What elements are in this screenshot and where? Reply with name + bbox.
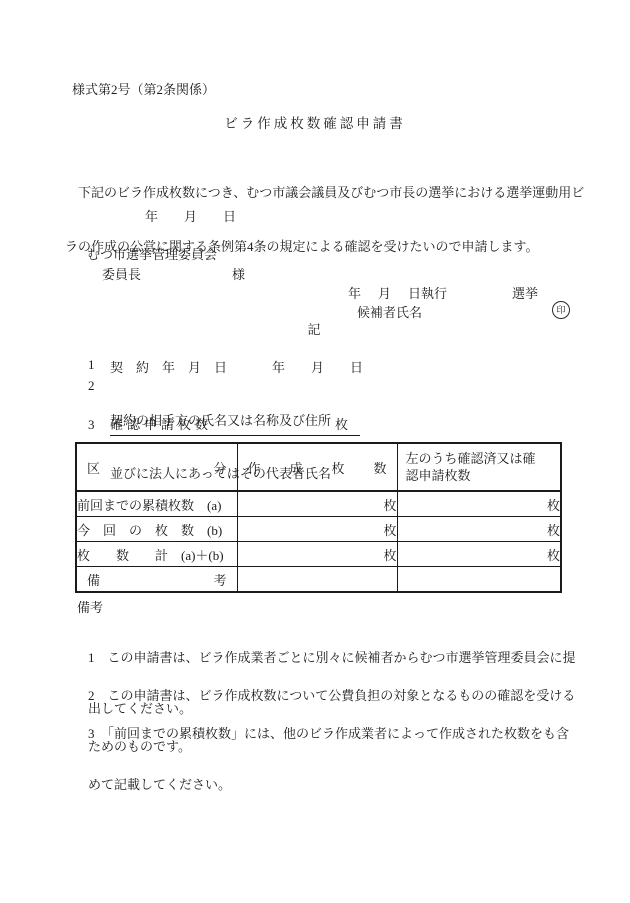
- item-requested-quantity: 3 確認申請枚数 枚: [88, 417, 101, 439]
- remarks-char-2: 考: [213, 570, 226, 589]
- total-confirmed-cell: 枚: [397, 542, 561, 567]
- requested-quantity-fill-line: 確認申請枚数 枚: [110, 417, 360, 436]
- item-3-unit: 枚: [335, 417, 348, 433]
- table-row-previous-total: 前回までの累積枚数 (a) 枚 枚: [76, 491, 561, 517]
- intro-line-1: 下記のビラ作成枚数につき、むつ市議会議員及びむつ市長の選挙における選挙運動用ビ: [65, 182, 570, 204]
- header-made-char-2: 成: [289, 458, 302, 477]
- row-label-current: 今 回 の 枚 数 (b): [76, 517, 237, 542]
- notes-heading: 備考: [77, 597, 103, 616]
- item-1-number: 1: [88, 357, 95, 373]
- previous-total-confirmed-cell: 枚: [397, 491, 561, 517]
- form-number: 様式第2号（第2条関係）: [72, 79, 215, 98]
- header-category-cell: 区 分: [76, 443, 237, 491]
- table-row-total: 枚 数 計 (a)＋(b) 枚 枚: [76, 542, 561, 567]
- seal-character: 印: [556, 306, 565, 315]
- page-title: ビラ作成枚数確認申請書: [0, 112, 630, 132]
- remarks-value-cell-1: [237, 567, 397, 593]
- item-3-number: 3: [88, 417, 95, 433]
- election-label: 選挙: [512, 283, 538, 302]
- row-label-previous-total: 前回までの累積枚数 (a): [76, 491, 237, 517]
- note-3-line-1: 3 「前回までの累積枚数」には、他のビラ作成業者によって作成された枚数をも含: [88, 724, 578, 743]
- header-confirmed-cell: 左のうち確認済又は確 認申請枚数: [397, 443, 561, 491]
- current-confirmed-cell: 枚: [397, 517, 561, 542]
- row-label-total: 枚 数 計 (a)＋(b): [76, 542, 237, 567]
- execution-day-label: 日執行: [408, 283, 447, 302]
- table-header-row: 区 分 作 成 枚 数 左のうち確認済又は確 認申請枚数: [76, 443, 561, 491]
- header-made-char-4: 数: [373, 458, 386, 477]
- item-contract-date: 1 契 約 年 月 日 年 月 日: [88, 357, 101, 377]
- application-date-line: 年 月 日: [145, 206, 236, 225]
- header-category-char-1: 区: [87, 458, 100, 477]
- table-row-current: 今 回 の 枚 数 (b) 枚 枚: [76, 517, 561, 542]
- note-3-line-2: めて記載してください。: [88, 775, 578, 794]
- note-item-3: 3 「前回までの累積枚数」には、他のビラ作成業者によって作成された枚数をも含 め…: [88, 692, 578, 826]
- remarks-char-1: 備: [87, 570, 100, 589]
- remarks-value-cell-2: [397, 567, 561, 593]
- header-made-quantity-cell: 作 成 枚 数: [237, 443, 397, 491]
- quantity-table: 区 分 作 成 枚 数 左のうち確認済又は確 認申請枚数: [75, 442, 562, 593]
- header-made-char-3: 枚: [331, 458, 344, 477]
- item-1-date-blanks: 年 月 日: [272, 357, 363, 376]
- item-3-label: 確認申請枚数: [110, 417, 212, 433]
- current-made-cell: 枚: [237, 517, 397, 542]
- seal-icon: 印: [552, 301, 570, 319]
- header-confirmed-line-2: 認申請枚数: [406, 467, 553, 484]
- table-row-remarks: 備 考: [76, 567, 561, 593]
- ki-heading: 記: [0, 319, 630, 338]
- header-made-char-1: 作: [248, 458, 261, 477]
- header-category-char-2: 分: [213, 458, 226, 477]
- execution-year-label: 年: [348, 283, 361, 302]
- application-form-page: 様式第2号（第2条関係） ビラ作成枚数確認申請書 下記のビラ作成枚数につき、むつ…: [0, 0, 630, 903]
- remarks-label-cell: 備 考: [76, 567, 237, 593]
- addressee-organization: むつ市選挙管理委員会: [87, 244, 217, 263]
- addressee-chairman-line: 委員長 様: [102, 264, 245, 283]
- header-confirmed-line-1: 左のうち確認済又は確: [406, 450, 553, 467]
- item-1-label: 契 約 年 月 日: [110, 357, 227, 376]
- total-made-cell: 枚: [237, 542, 397, 567]
- execution-month-label: 月: [378, 283, 391, 302]
- previous-total-made-cell: 枚: [237, 491, 397, 517]
- item-2-number: 2: [88, 378, 95, 394]
